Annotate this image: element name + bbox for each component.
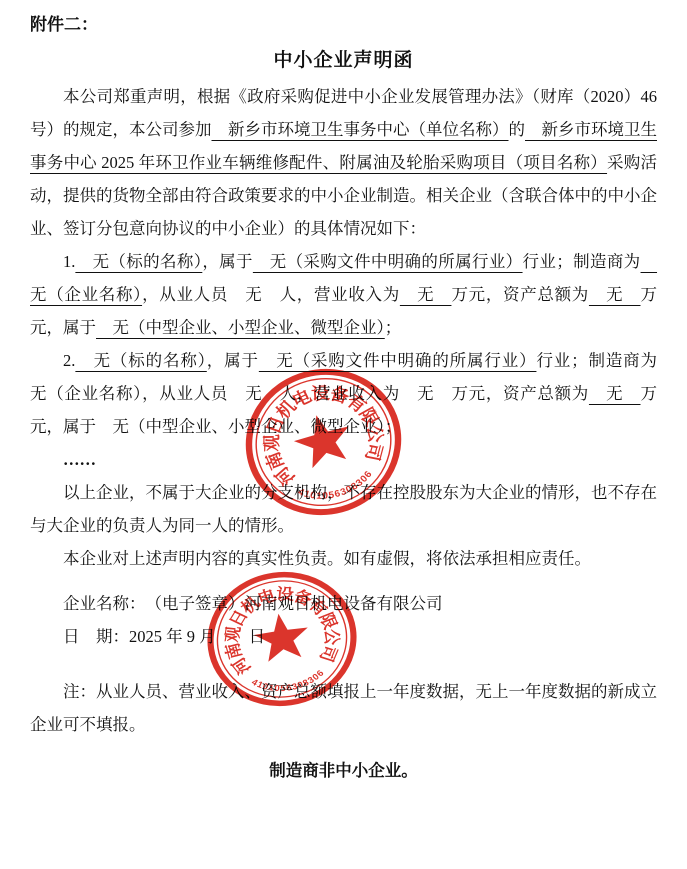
text-run: 企业名称： （电子签章）河南观日机电设备有限公司 — [63, 594, 443, 613]
text-run: 2. — [63, 351, 75, 370]
no-large-enterprise-paragraph: 以上企业，不属于大企业的分支机构，不存在控股股东为大企业的情形，也不存在与大企业… — [30, 476, 657, 542]
text-run: 1. — [63, 252, 75, 271]
document-page: 附件二： 中小企业声明函 本公司郑重声明，根据《政府采购促进中小企业发展管理办法… — [0, 0, 687, 869]
text-run: 以上企业，不属于大企业的分支机构，不存在控股股东为大企业的情形，也不存在与大企业… — [30, 483, 657, 535]
text-run: 无 — [589, 285, 641, 304]
ellipsis-line: …… — [30, 443, 657, 476]
text-run: …… — [63, 450, 96, 469]
text-run: ，属于 — [207, 351, 259, 370]
document-content: 附件二： 中小企业声明函 本公司郑重声明，根据《政府采购促进中小企业发展管理办法… — [0, 0, 687, 788]
item-2-paragraph: 2. 无（标的名称），属于 无（采购文件中明确的所属行业）行业；制造商为 无（企… — [30, 344, 657, 443]
text-run: 万元，资产总额为 — [451, 285, 589, 304]
note-paragraph: 注：从业人员、营业收入、资产总额填报上一年度数据，无上一年度数据的新成立企业可不… — [30, 675, 657, 741]
date-line: 日 期：2025 年 9 月 日 — [30, 620, 657, 653]
responsibility-paragraph: 本企业对上述声明内容的真实性负责。如有虚假，将依法承担相应责任。 — [30, 542, 657, 575]
text-run: 的 — [509, 120, 526, 139]
attachment-label: 附件二： — [30, 12, 657, 38]
text-run: ，属于 — [202, 252, 253, 271]
text-run: 无（中型企业、小型企业、微型企业） — [96, 318, 385, 337]
text-run: 无 — [589, 384, 641, 403]
text-run: 日 期：2025 年 9 月 日 — [63, 627, 265, 646]
footer-statement: 制造商非中小企业。 — [30, 755, 657, 788]
text-run: 无（标的名称） — [75, 252, 202, 271]
intro-paragraph: 本公司郑重声明，根据《政府采购促进中小企业发展管理办法》（财库（2020）46 … — [30, 80, 657, 245]
text-run: 无（标的名称） — [75, 351, 206, 370]
item-1-paragraph: 1. 无（标的名称），属于 无（采购文件中明确的所属行业）行业；制造商为 无（企… — [30, 245, 657, 344]
text-run: 无（采购文件中明确的所属行业） — [259, 351, 537, 370]
text-run: 新乡市环境卫生事务中心（单位名称） — [212, 120, 509, 139]
text-run: ； — [385, 318, 402, 337]
document-title: 中小企业声明函 — [30, 48, 657, 74]
text-run: 行业；制造商为 — [523, 252, 641, 271]
company-name-line: 企业名称： （电子签章）河南观日机电设备有限公司 — [30, 587, 657, 620]
text-run: ，从业人员 无 人，营业收入为 — [142, 285, 400, 304]
text-run: 注：从业人员、营业收入、资产总额填报上一年度数据，无上一年度数据的新成立企业可不… — [30, 682, 657, 734]
text-run: 无（采购文件中明确的所属行业） — [253, 252, 523, 271]
text-run: 本企业对上述声明内容的真实性负责。如有虚假，将依法承担相应责任。 — [63, 549, 591, 568]
text-run: 无 — [400, 285, 452, 304]
